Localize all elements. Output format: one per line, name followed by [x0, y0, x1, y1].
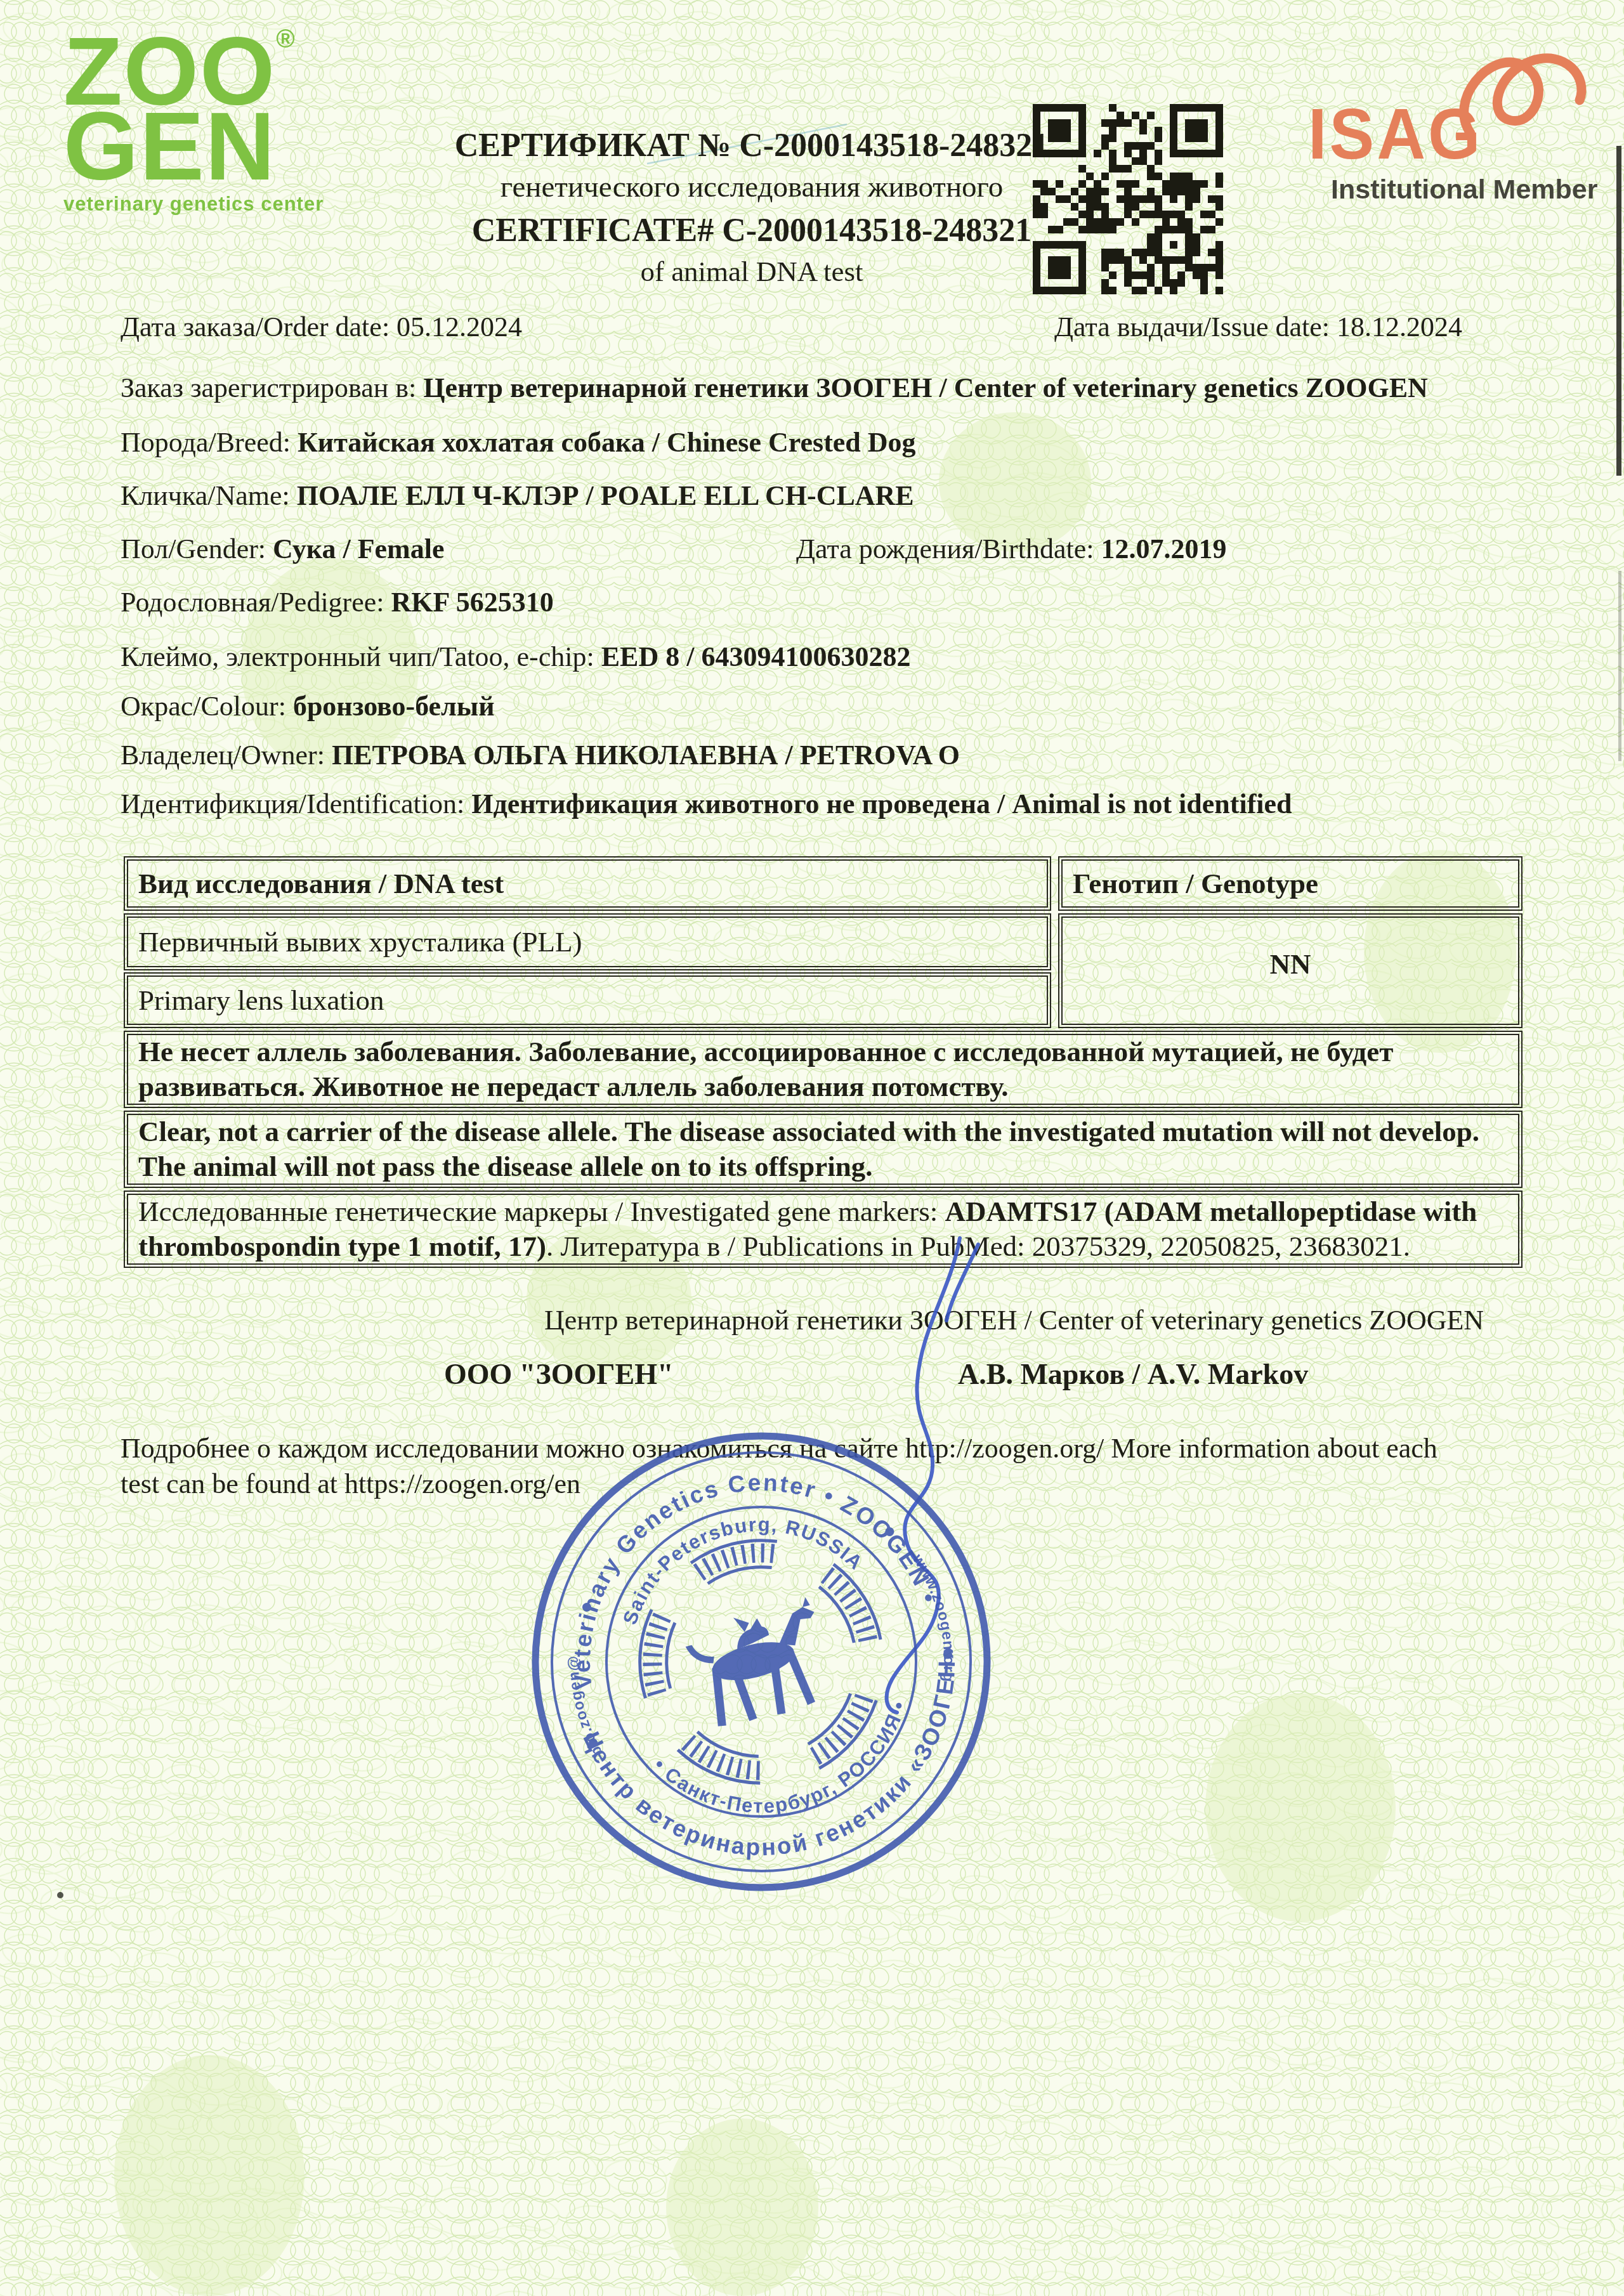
certificate-page: { "logo": { "line1": "ZOO", "line2": "GE…	[0, 0, 1624, 2296]
stamp-horse-icon	[681, 1596, 836, 1733]
handwritten-signature	[0, 0, 1624, 2296]
zoogen-round-stamp: Veterinary Genetics Center • ZOOGEN • Це…	[525, 1426, 998, 1898]
